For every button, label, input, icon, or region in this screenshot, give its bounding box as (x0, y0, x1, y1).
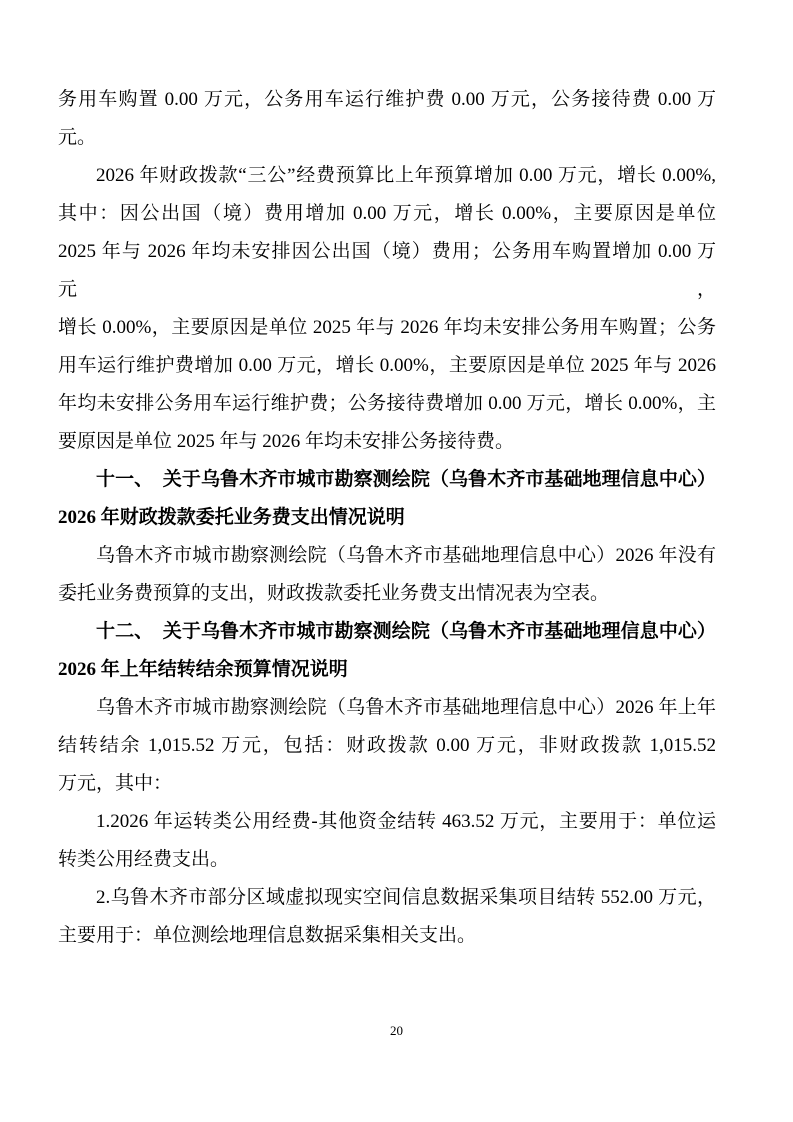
body-line: 万元，其中： (58, 765, 716, 803)
body-line: 元。 (58, 119, 716, 157)
body-line: 结转结余 1,015.52 万元，包括：财政拨款 0.00 万元，非财政拨款 1… (58, 727, 716, 765)
body-line: 用车运行维护费增加 0.00 万元，增长 0.00%，主要原因是单位 2025 … (58, 347, 716, 385)
section-heading-11: 十一、 关于乌鲁木齐市城市勘察测绘院（乌鲁木齐市基础地理信息中心） (58, 461, 716, 499)
body-line: 2.乌鲁木齐市部分区域虚拟现实空间信息数据采集项目结转 552.00 万元， (58, 879, 716, 917)
body-line: 务用车购置 0.00 万元，公务用车运行维护费 0.00 万元，公务接待费 0.… (58, 81, 716, 119)
body-line: 1.2026 年运转类公用经费-其他资金结转 463.52 万元，主要用于：单位… (58, 803, 716, 841)
body-line: 主要用于：单位测绘地理信息数据采集相关支出。 (58, 917, 716, 955)
document-page: 务用车购置 0.00 万元，公务用车运行维护费 0.00 万元，公务接待费 0.… (0, 0, 793, 1122)
body-line: 乌鲁木齐市城市勘察测绘院（乌鲁木齐市基础地理信息中心）2026 年上年 (58, 689, 716, 727)
section-heading-12: 十二、 关于乌鲁木齐市城市勘察测绘院（乌鲁木齐市基础地理信息中心） (58, 613, 716, 651)
body-line: 年均未安排公务用车运行维护费；公务接待费增加 0.00 万元，增长 0.00%，… (58, 385, 716, 423)
body-line: 转类公用经费支出。 (58, 841, 716, 879)
section-heading-11: 2026 年财政拨款委托业务费支出情况说明 (58, 499, 716, 537)
body-line: 增长 0.00%，主要原因是单位 2025 年与 2026 年均未安排公务用车购… (58, 309, 716, 347)
body-line: 委托业务费预算的支出，财政拨款委托业务费支出情况表为空表。 (58, 575, 716, 613)
section-heading-12: 2026 年上年结转结余预算情况说明 (58, 651, 716, 689)
body-line: 2025 年与 2026 年均未安排因公出国（境）费用；公务用车购置增加 0.0… (58, 233, 716, 309)
body-line: 乌鲁木齐市城市勘察测绘院（乌鲁木齐市基础地理信息中心）2026 年没有 (58, 537, 716, 575)
body-line: 要原因是单位 2025 年与 2026 年均未安排公务接待费。 (58, 423, 716, 461)
body-line: 其中：因公出国（境）费用增加 0.00 万元，增长 0.00%，主要原因是单位 (58, 195, 716, 233)
body-line: 2026 年财政拨款“三公”经费预算比上年预算增加 0.00 万元，增长 0.0… (58, 157, 716, 195)
document-body: 务用车购置 0.00 万元，公务用车运行维护费 0.00 万元，公务接待费 0.… (58, 81, 716, 955)
page-number: 20 (0, 1022, 793, 1040)
